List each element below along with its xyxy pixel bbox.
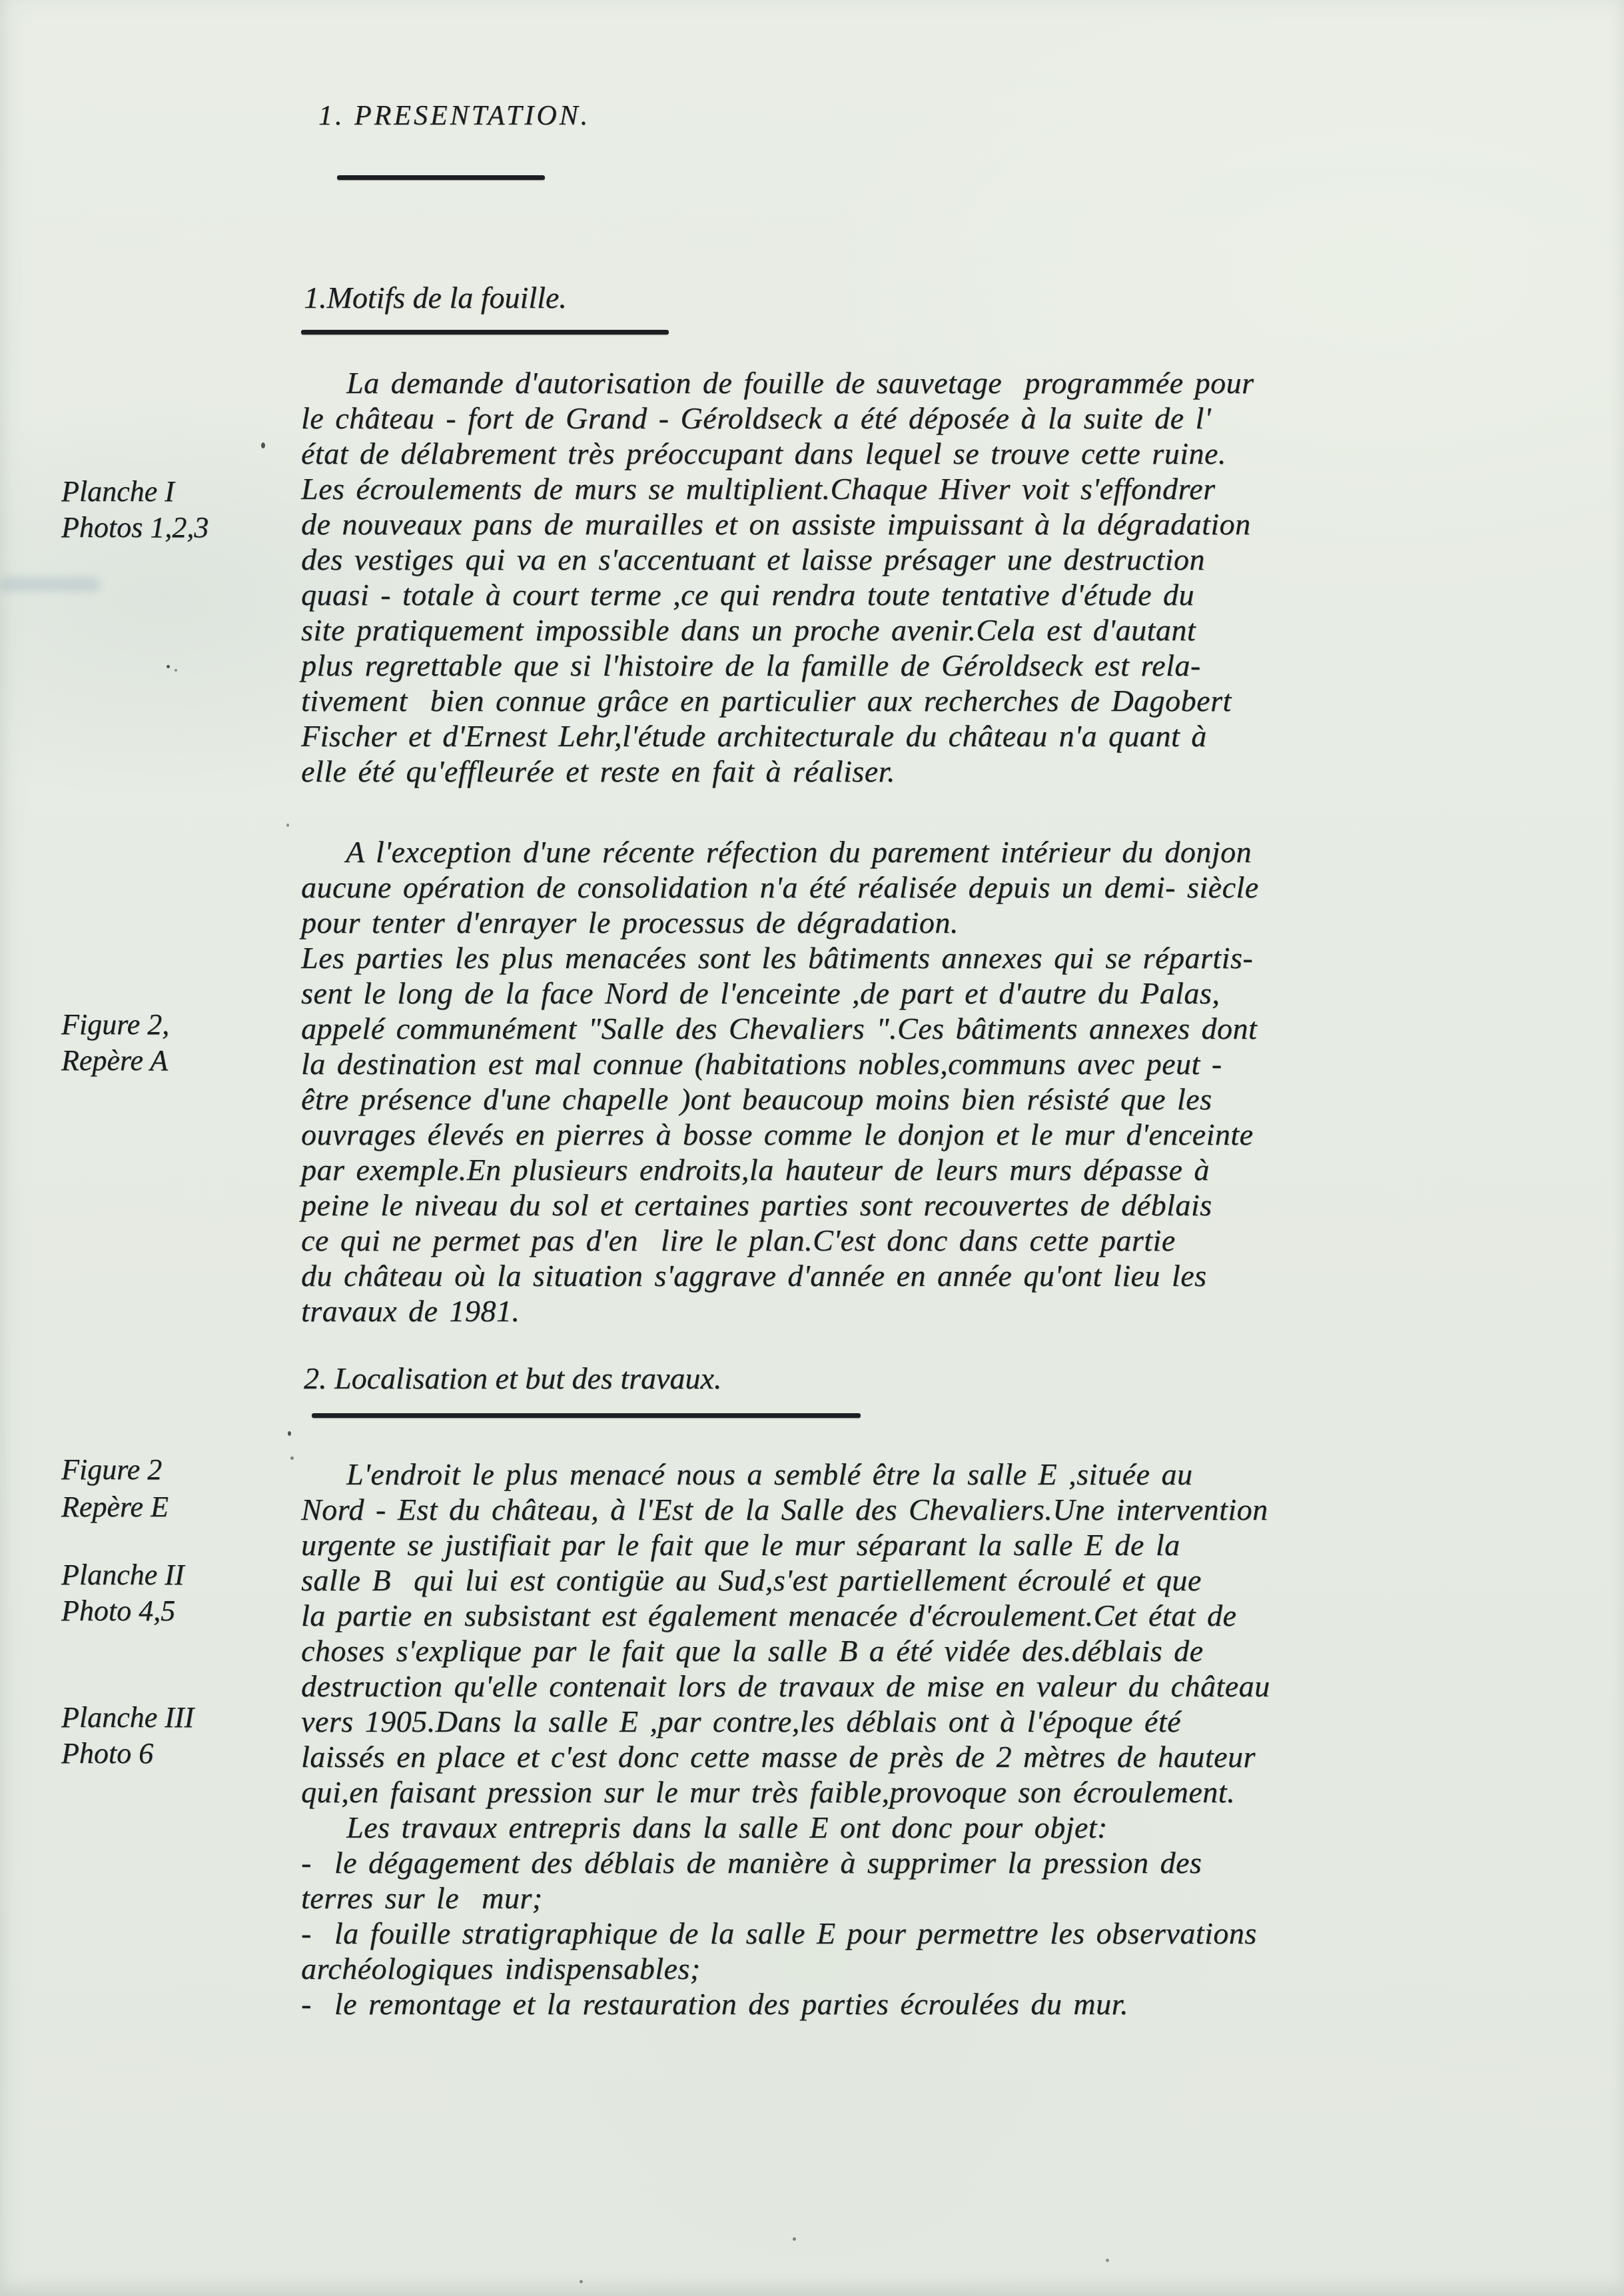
text-line: ce qui ne permet pas d'en lire le plan.C… [301, 1223, 1587, 1258]
text-line: par exemple.En plusieurs endroits,la hau… [301, 1152, 1587, 1187]
section-1-title-underline [337, 175, 545, 180]
text-line: Les travaux entrepris dans la salle E on… [301, 1810, 1587, 1845]
subsection-motifs-underline [301, 330, 669, 334]
margin-note-figure-2a: Figure 2, [61, 1007, 169, 1041]
text-line: quasi - totale à court terme ,ce qui ren… [301, 577, 1587, 612]
section-2-title: 2. Localisation et but des travaux. [304, 1361, 721, 1396]
margin-note-repere-e: Repère E [61, 1490, 169, 1524]
subsection-motifs-title: 1.Motifs de la fouille. [304, 280, 567, 315]
text-line: destruction qu'elle contenait lors de tr… [301, 1668, 1587, 1704]
text-line: qui,en faisant pression sur le mur très … [301, 1774, 1587, 1810]
text-line: être présence d'une chapelle )ont beauco… [301, 1081, 1587, 1117]
margin-note-planche-2: Planche II [61, 1558, 184, 1592]
paragraph-motifs-1: La demande d'autorisation de fouille de … [301, 365, 1587, 789]
text-line: peine le niveau du sol et certaines part… [301, 1187, 1587, 1223]
text-line: aucune opération de consolidation n'a ét… [301, 869, 1587, 905]
text-line: salle B qui lui est contigüe au Sud,s'es… [301, 1562, 1587, 1598]
scan-artifact [175, 669, 177, 672]
section-1-title: 1. PRESENTATION. [318, 100, 590, 132]
paragraph-localisation: L'endroit le plus menacé nous a semblé ê… [301, 1456, 1587, 2021]
text-line: La demande d'autorisation de fouille de … [301, 365, 1587, 400]
margin-note-planche-3: Planche III [61, 1700, 194, 1734]
text-line: urgente se justifiait par le fait que le… [301, 1527, 1587, 1562]
text-line: plus regrettable que si l'histoire de la… [301, 648, 1587, 683]
scan-artifact [290, 1456, 294, 1460]
text-line: terres sur le mur; [301, 1880, 1587, 1916]
text-line: sent le long de la face Nord de l'encein… [301, 975, 1587, 1011]
text-line: elle été qu'effleurée et reste en fait à… [301, 754, 1587, 789]
scan-artifact [261, 442, 265, 448]
text-line: travaux de 1981. [301, 1293, 1587, 1329]
text-line: Les écroulements de murs se multiplient.… [301, 471, 1587, 506]
margin-note-figure-2e: Figure 2 [61, 1452, 162, 1486]
scan-artifact [286, 824, 289, 827]
text-line: A l'exception d'une récente réfection du… [301, 834, 1587, 869]
text-line: état de délabrement très préoccupant dan… [301, 436, 1587, 471]
scan-artifact [793, 2237, 796, 2241]
text-line: de nouveaux pans de murailles et on assi… [301, 506, 1587, 542]
text-line: - la fouille stratigraphique de la salle… [301, 1916, 1587, 1951]
text-line: - le dégagement des déblais de manière à… [301, 1845, 1587, 1880]
text-line: L'endroit le plus menacé nous a semblé ê… [301, 1456, 1587, 1492]
margin-note-photo-4-5: Photo 4,5 [61, 1594, 175, 1628]
scanned-document-page: 1. PRESENTATION. 1.Motifs de la fouille.… [0, 0, 1624, 2296]
scan-smudge [0, 577, 100, 592]
text-line: la partie en subsistant est également me… [301, 1598, 1587, 1633]
text-line: du château où la situation s'aggrave d'a… [301, 1258, 1587, 1293]
text-line: vers 1905.Dans la salle E ,par contre,le… [301, 1704, 1587, 1739]
scan-artifact [288, 1431, 291, 1436]
scan-artifact [167, 665, 170, 668]
margin-note-photo-6: Photo 6 [61, 1736, 153, 1770]
paragraph-motifs-2: A l'exception d'une récente réfection du… [301, 834, 1587, 1329]
text-line: pour tenter d'enrayer le processus de dé… [301, 905, 1587, 940]
scan-artifact [1106, 2259, 1109, 2262]
text-line: des vestiges qui va en s'accentuant et l… [301, 542, 1587, 577]
text-line: Les parties les plus menacées sont les b… [301, 940, 1587, 975]
text-line: site pratiquement impossible dans un pro… [301, 612, 1587, 648]
margin-note-repere-a: Repère A [61, 1043, 168, 1077]
text-line: Nord - Est du château, à l'Est de la Sal… [301, 1492, 1587, 1527]
margin-note-planche-1: Planche I [61, 474, 175, 508]
section-2-title-underline [312, 1413, 861, 1418]
text-line: appelé communément "Salle des Chevaliers… [301, 1011, 1587, 1046]
text-line: le château - fort de Grand - Géroldseck … [301, 400, 1587, 436]
text-line: archéologiques indispensables; [301, 1951, 1587, 1986]
text-line: ouvrages élevés en pierres à bosse comme… [301, 1117, 1587, 1152]
text-line: - le remontage et la restauration des pa… [301, 1986, 1587, 2021]
scan-artifact [580, 2280, 583, 2283]
text-line: la destination est mal connue (habitatio… [301, 1046, 1587, 1081]
text-line: laissés en place et c'est donc cette mas… [301, 1739, 1587, 1774]
text-line: tivement bien connue grâce en particulie… [301, 683, 1587, 718]
text-line: Fischer et d'Ernest Lehr,l'étude archite… [301, 718, 1587, 754]
margin-note-photos-1-2-3: Photos 1,2,3 [61, 510, 208, 544]
text-line: choses s'explique par le fait que la sal… [301, 1633, 1587, 1668]
